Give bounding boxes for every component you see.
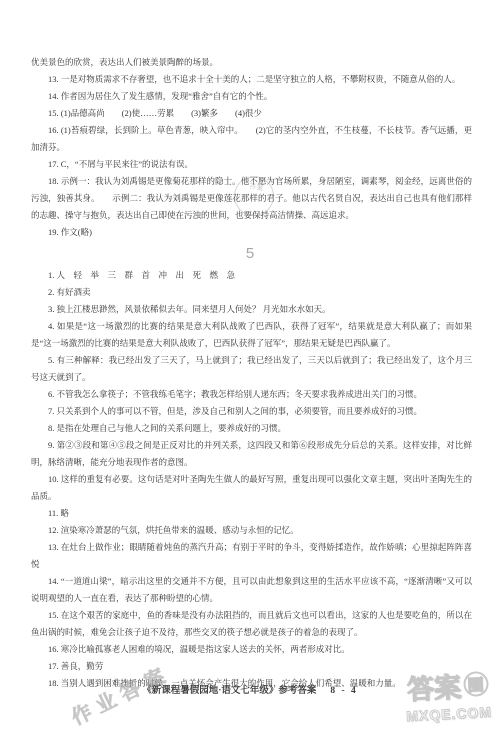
answer-item-17: 17. C，“不屑与平民来往”的说法有误。 — [31, 156, 472, 173]
answer-item-10: 10. 这样的重复有必要。这句话是对叶圣陶先生做人的最好写照，重复出现可以强化文… — [31, 471, 472, 505]
answer-item-13b: 13. 在灶台上做作业；眼睛随着炖鱼的蒸汽升高；有别于平时的争斗，变得娇揉造作，… — [31, 539, 472, 573]
section-number-heading: 5 — [0, 241, 500, 267]
footer-page-number: 8 - 4 — [330, 686, 357, 696]
answer-item-5: 5. 有三种解释：我已经出发了三天了，马上就到了；我已经出发了，三天以后就到了；… — [31, 352, 472, 386]
answer-item-14b: 14. “一道道山梁”，暗示出这里的交通并不方便，且可以由此想象到这里的生活水平… — [31, 573, 472, 607]
answer-item-7: 7. 只关系到个人的事可以不管，但是，涉及自己和别人之间的事，必须要管，而且要养… — [31, 403, 472, 420]
answer-item-18: 18. 示例一：我认为刘禹锡是更像菊花那样的隐士。他不愿为官场所累，身居陋室，调… — [31, 173, 472, 224]
answer-item-15: 15. (1)品德高尚 (2)使……劳累 (3)繁多 (4)很少 — [31, 105, 472, 122]
answer-circle-logo: 答案 圈 MXQE.COM — [397, 663, 500, 724]
answer-item-16b: 16. 寒冷比喻孤寡老人困难的境况，温暖是指这家人送去的关怀，两者形成对比。 — [31, 641, 472, 658]
answer-item-15b: 15. 在这个艰苦的家庭中，鱼的香味是没有办法阻挡的，而且就后文也可以看出，这家… — [31, 607, 472, 641]
answer-item-16: 16. (1)苔痕碧绿，长到阶上。草色青葱，映入帘中。 (2)它的茎内空外直，不… — [31, 122, 472, 156]
answer-item-6: 6. 不管我怎么拿筷子；不管我练毛笔字；教我怎样给别人递东西；冬天要求我养成进出… — [31, 386, 472, 403]
answer-item-11: 11. 略 — [31, 505, 472, 522]
footer-book-title: 《新课程暑假园地·语文七年级》参考答案 — [142, 686, 316, 696]
answer-item-2: 2. 有好酒卖 — [31, 284, 472, 301]
logo-main-text: 答案 — [406, 665, 462, 707]
paragraph-continuation: 优美景色的欣赏，表达出人们被美景陶醉的场景。 — [31, 54, 472, 71]
answer-item-12: 12. 渲染寒冷萧瑟的气氛，烘托鱼带来的温暖、感动与永恒的记忆。 — [31, 522, 472, 539]
logo-circled-char: 圈 — [467, 672, 484, 696]
answer-item-19: 19. 作文(略) — [31, 224, 472, 241]
answer-item-9: 9. 第②③段和第④⑤段之间是正反对比的并列关系，这四段又和第⑥段形成先分后总的… — [31, 437, 472, 471]
scanned-answer-page: 优美景色的欣赏，表达出人们被美景陶醉的场景。 13. 一是对物质需求不存奢望，也… — [0, 0, 500, 735]
answers-section-5: 1. 人 轻 举 三 群 首 冲 出 死 燃 急 2. 有好酒卖 3. 独上江楼… — [0, 267, 500, 692]
circled-character-icon: 圈 — [462, 671, 488, 697]
answer-item-3: 3. 独上江楼思渺然，风景依稀似去年。同来望月人何处？ 月光如水水如天。 — [31, 301, 472, 318]
answer-item-8: 8. 是指在处理自己与他人之间的关系问题上，要养成好的习惯。 — [31, 420, 472, 437]
answer-item-1: 1. 人 轻 举 三 群 首 冲 出 死 燃 急 — [31, 267, 472, 284]
logo-wordmark: 答案 圈 — [397, 663, 499, 707]
answers-previous-section: 优美景色的欣赏，表达出人们被美景陶醉的场景。 13. 一是对物质需求不存奢望，也… — [0, 0, 500, 241]
answer-item-4: 4. 如果是“这一场激烈的比赛的结果是意大利队战败了巴西队，获得了冠军”，结果就… — [31, 318, 472, 352]
answer-item-13: 13. 一是对物质需求不存奢望，也不追求十全十美的人；二是坚守独立的人格，不攀附… — [31, 71, 472, 88]
answer-item-14: 14. 作者因为居住久了发生感情，发现“雅舍”自有它的个性。 — [31, 88, 472, 105]
